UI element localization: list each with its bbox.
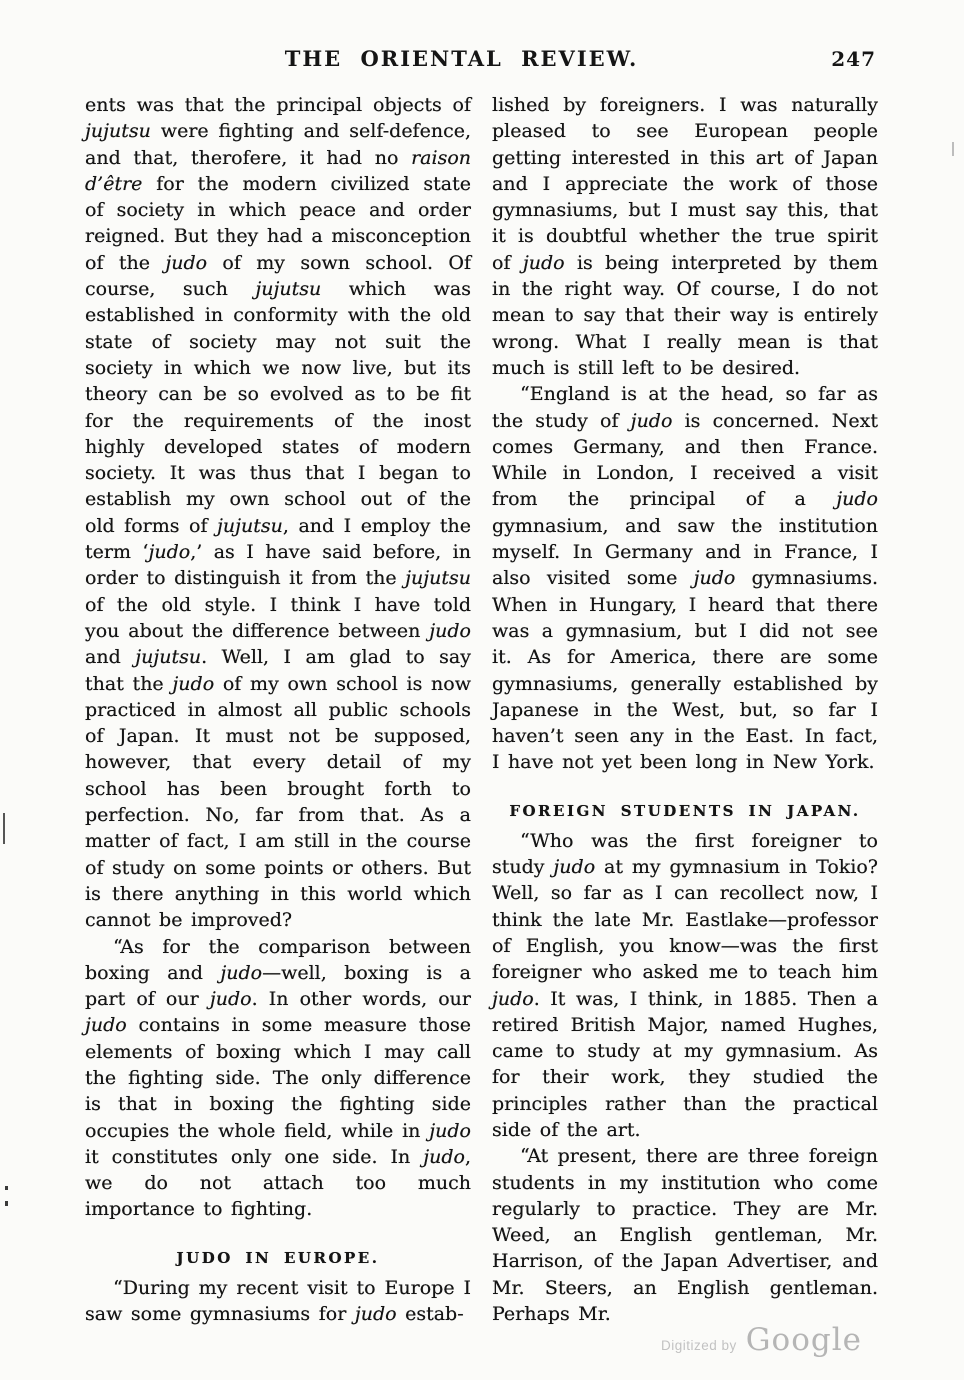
italic-term: judo	[423, 1146, 465, 1168]
text-segment: which was established in conformity with…	[85, 278, 471, 537]
page-number: 247	[831, 47, 876, 71]
italic-term: jujutsu	[85, 120, 151, 142]
text-segment: of my own school is now practiced in alm…	[85, 673, 471, 932]
page-header: THE ORIENTAL REVIEW. 247	[85, 46, 878, 76]
paragraph: ents was that the principal objects of j…	[85, 92, 471, 934]
text-segment: “At present, there are three foreign stu…	[492, 1145, 878, 1325]
google-logo: Google	[746, 1322, 862, 1358]
text-segment: estab-	[397, 1303, 464, 1325]
italic-term: jujutsu	[135, 646, 201, 668]
digitized-by-watermark: Digitized by Google	[661, 1322, 862, 1358]
italic-term: judo	[220, 962, 262, 984]
italic-term: judo	[429, 1120, 471, 1142]
italic-term: judo	[210, 988, 252, 1010]
text-segment: . It was, I think, in 1885. Then a retir…	[492, 988, 878, 1141]
text-segment: contains in some measure those elements …	[85, 1014, 471, 1141]
scanned-page: THE ORIENTAL REVIEW. 247 ents was that t…	[0, 0, 964, 1380]
italic-term: jujutsu	[405, 567, 471, 589]
paragraph: “Who was the first foreigner to study ju…	[492, 828, 878, 1144]
italic-term: judo	[492, 988, 534, 1010]
section-heading: JUDO IN EUROPE.	[85, 1249, 471, 1267]
italic-term: judo	[148, 541, 190, 563]
italic-term: jujutsu	[255, 278, 321, 300]
italic-term: judo	[355, 1303, 397, 1325]
text-segment: and	[85, 646, 135, 668]
italic-term: judo	[172, 673, 214, 695]
scan-artifact-line	[3, 813, 5, 844]
watermark-prefix: Digitized by	[661, 1338, 737, 1353]
scan-artifact-tick	[952, 142, 954, 156]
italic-term: jujutsu	[217, 515, 283, 537]
italic-term: judo	[85, 1014, 127, 1036]
paragraph: “At present, there are three foreign stu…	[492, 1143, 878, 1327]
italic-term: judo	[694, 567, 736, 589]
italic-term: judo	[523, 252, 565, 274]
paragraph: “During my recent visit to Europe I saw …	[85, 1275, 471, 1328]
journal-title: THE ORIENTAL REVIEW.	[85, 46, 878, 71]
italic-term: judo	[631, 410, 673, 432]
text-segment: ents was that the principal objects of	[85, 94, 471, 116]
text-segment: gymnasiums. When in Hungary, I heard tha…	[492, 567, 878, 773]
section-heading: FOREIGN STUDENTS IN JAPAN.	[492, 802, 878, 820]
italic-term: judo	[429, 620, 471, 642]
text-segment: lished by foreigners. I was naturally pl…	[492, 94, 878, 274]
paragraph: “England is at the head, so far as the s…	[492, 381, 878, 775]
text-columns: ents was that the principal objects of j…	[85, 92, 878, 1327]
text-segment: it constitutes only one side. In	[85, 1146, 423, 1168]
italic-term: judo	[553, 856, 595, 878]
scan-artifact-dot	[5, 1186, 8, 1190]
text-segment: of the old style. I think I have told yo…	[85, 594, 471, 642]
paragraph: “As for the comparison between boxing an…	[85, 934, 471, 1223]
italic-term: judo	[836, 488, 878, 510]
right-column: lished by foreigners. I was naturally pl…	[492, 92, 878, 1327]
scan-artifact-dot	[5, 1201, 8, 1206]
italic-term: judo	[165, 252, 207, 274]
left-column: ents was that the principal objects of j…	[85, 92, 471, 1327]
text-segment: . In other words, our	[252, 988, 471, 1010]
paragraph: lished by foreigners. I was naturally pl…	[492, 92, 878, 381]
